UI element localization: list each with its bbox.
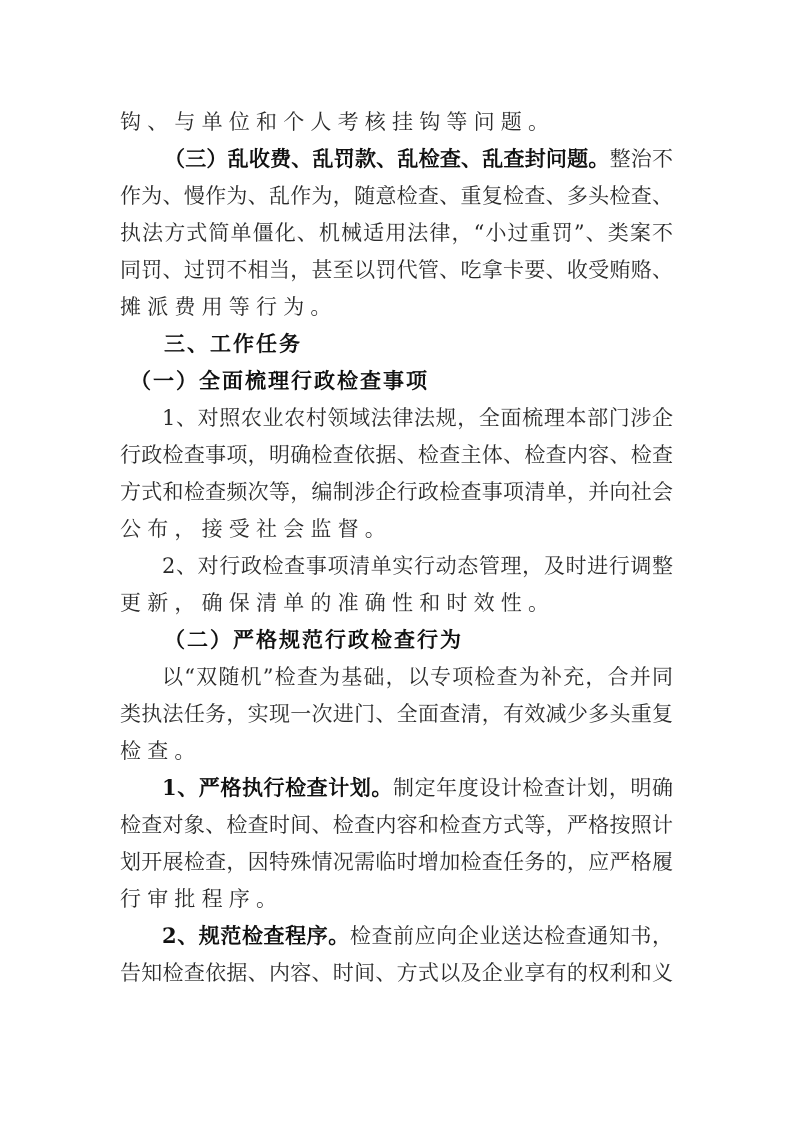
paragraph-line: 公布，接受社会监督。 [120, 514, 673, 544]
paragraph-line: 同罚、过罚不相当，甚至以罚代管、吃拿卡要、收受贿赂、 [120, 255, 673, 285]
paragraph-line: 检查对象、检查时间、检查内容和检查方式等，严格按照计 [120, 810, 673, 840]
body-text: 整治不 [610, 147, 673, 171]
paragraph-line-lead: （三）乱收费、乱罚款、乱检查、乱查封问题。整治不 [164, 144, 673, 174]
paragraph-line: 以“双随机”检查为基础，以专项检查为补充，合并同 [162, 662, 673, 692]
paragraph-line: 执法方式简单僵化、机械适用法律，“小过重罚”、类案不 [120, 218, 673, 248]
paragraph-line: 告知检查依据、内容、时间、方式以及企业享有的权利和义 [120, 958, 673, 988]
paragraph-line: 更新，确保清单的准确性和时效性。 [120, 588, 673, 618]
paragraph-line: 行政检查事项，明确检查依据、检查主体、检查内容、检查 [120, 440, 673, 470]
subsection-heading: （二）严格规范行政检查行为 [164, 625, 717, 655]
document-page: 钩、与单位和个人考核挂钩等问题。 （三）乱收费、乱罚款、乱检查、乱查封问题。整治… [0, 0, 793, 1122]
paragraph-line: 方式和检查频次等，编制涉企行政检查事项清单，并向社会 [120, 477, 673, 507]
paragraph-line: 类执法任务，实现一次进门、全面查清，有效减少多头重复 [120, 699, 673, 729]
paragraph-line: 行审批程序。 [120, 884, 673, 914]
paragraph-line: 钩、与单位和个人考核挂钩等问题。 [120, 107, 673, 137]
paragraph-line: 检查。 [120, 736, 673, 766]
bold-lead-text: 1、严格执行检查计划。 [162, 775, 393, 800]
section-heading: 三、工作任务 [164, 329, 717, 359]
subsection-heading: （一）全面梳理行政检查事项 [130, 366, 683, 396]
body-text: 检查前应向企业送达检查通知书， [350, 924, 673, 948]
paragraph-line: 1、对照农业农村领域法律法规，全面梳理本部门涉企 [162, 403, 673, 433]
paragraph-line: 作为、慢作为、乱作为，随意检查、重复检查、多头检查、 [120, 181, 673, 211]
paragraph-line: 划开展检查，因特殊情况需临时增加检查任务的，应严格履 [120, 847, 673, 877]
bold-lead-text: （三）乱收费、乱罚款、乱检查、乱查封问题。 [164, 146, 610, 171]
paragraph-line-lead: 2、规范检查程序。检查前应向企业送达检查通知书， [162, 921, 673, 951]
bold-lead-text: 2、规范检查程序。 [162, 923, 350, 948]
paragraph-line-lead: 1、严格执行检查计划。制定年度设计检查计划，明确 [162, 773, 673, 803]
paragraph-line: 2、对行政检查事项清单实行动态管理，及时进行调整 [162, 551, 673, 581]
paragraph-line: 摊派费用等行为。 [120, 292, 673, 322]
body-text: 制定年度设计检查计划，明确 [393, 776, 673, 800]
